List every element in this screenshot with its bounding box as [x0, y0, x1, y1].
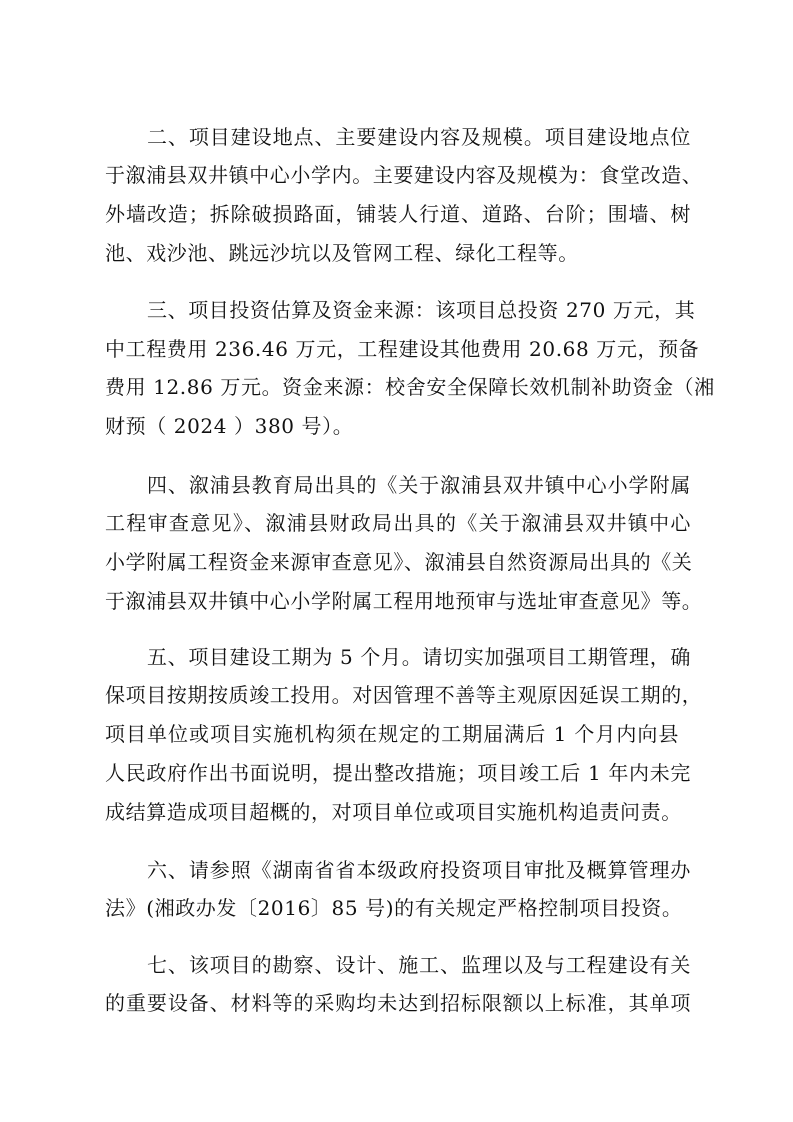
paragraph-line: 中工程费用 236.46 万元，工程建设其他费用 20.68 万元，预备	[105, 330, 691, 369]
paragraph-line: 三、项目投资估算及资金来源：该项目总投资 270 万元，其	[147, 291, 691, 330]
paragraph-line: 项目单位或项目实施机构须在规定的工期届满后 1 个月内向县	[105, 715, 679, 754]
paragraph-3-investment-and-funding: 三、项目投资估算及资金来源：该项目总投资 270 万元，其 中工程费用 236.…	[105, 291, 691, 446]
paragraph-line: 的重要设备、材料等的采购均未达到招标限额以上标准，其单项	[105, 984, 691, 1023]
paragraph-line: 保项目按期按质竣工投用。对因管理不善等主观原因延误工期的，	[105, 676, 691, 715]
paragraph-line: 池、戏沙池、跳远沙坑以及管网工程、绿化工程等。	[105, 234, 691, 273]
paragraph-2-construction-site-and-scope: 二、项目建设地点、主要建设内容及规模。项目建设地点位 于溆浦县双井镇中心小学内。…	[105, 118, 691, 273]
paragraph-line: 六、请参照《湖南省省本级政府投资项目审批及概算管理办	[147, 851, 691, 890]
paragraph-7-procurement: 七、该项目的勘察、设计、施工、监理以及与工程建设有关 的重要设备、材料等的采购均…	[105, 946, 691, 1024]
paragraph-4-review-opinions: 四、溆浦县教育局出具的《关于溆浦县双井镇中心小学附属 工程审查意见》、溆浦县财政…	[105, 466, 691, 621]
paragraph-5-construction-period: 五、项目建设工期为 5 个月。请切实加强项目工期管理，确 保项目按期按质竣工投用…	[105, 638, 691, 832]
paragraph-line: 法》(湘政办发〔2016〕85 号)的有关规定严格控制项目投资。	[105, 889, 691, 928]
document-page: 二、项目建设地点、主要建设内容及规模。项目建设地点位 于溆浦县双井镇中心小学内。…	[0, 0, 793, 1122]
paragraph-line: 五、项目建设工期为 5 个月。请切实加强项目工期管理，确	[147, 638, 691, 677]
paragraph-line: 费用 12.86 万元。资金来源：校舍安全保障长效机制补助资金（湘	[105, 368, 691, 407]
paragraph-6-investment-control: 六、请参照《湖南省省本级政府投资项目审批及概算管理办 法》(湘政办发〔2016〕…	[105, 851, 691, 929]
paragraph-line: 四、溆浦县教育局出具的《关于溆浦县双井镇中心小学附属	[147, 466, 691, 505]
paragraph-line: 工程审查意见》、溆浦县财政局出具的《关于溆浦县双井镇中心	[105, 504, 691, 543]
paragraph-line: 小学附属工程资金来源审查意见》、溆浦县自然资源局出具的《关	[105, 543, 691, 582]
paragraph-line: 七、该项目的勘察、设计、施工、监理以及与工程建设有关	[147, 946, 691, 985]
paragraph-line: 于溆浦县双井镇中心小学附属工程用地预审与选址审查意见》等。	[105, 582, 691, 621]
paragraph-line: 于溆浦县双井镇中心小学内。主要建设内容及规模为：食堂改造、	[105, 156, 691, 195]
paragraph-line: 外墙改造；拆除破损路面，铺装人行道、道路、台阶；围墙、树	[105, 195, 691, 234]
paragraph-line: 财预（ 2024 ）380 号）。	[105, 407, 691, 446]
paragraph-line: 二、项目建设地点、主要建设内容及规模。项目建设地点位	[147, 118, 691, 157]
paragraph-line: 人民政府作出书面说明，提出整改措施；项目竣工后 1 年内未完	[105, 754, 691, 793]
paragraph-line: 成结算造成项目超概的，对项目单位或项目实施机构追责问责。	[105, 793, 691, 832]
